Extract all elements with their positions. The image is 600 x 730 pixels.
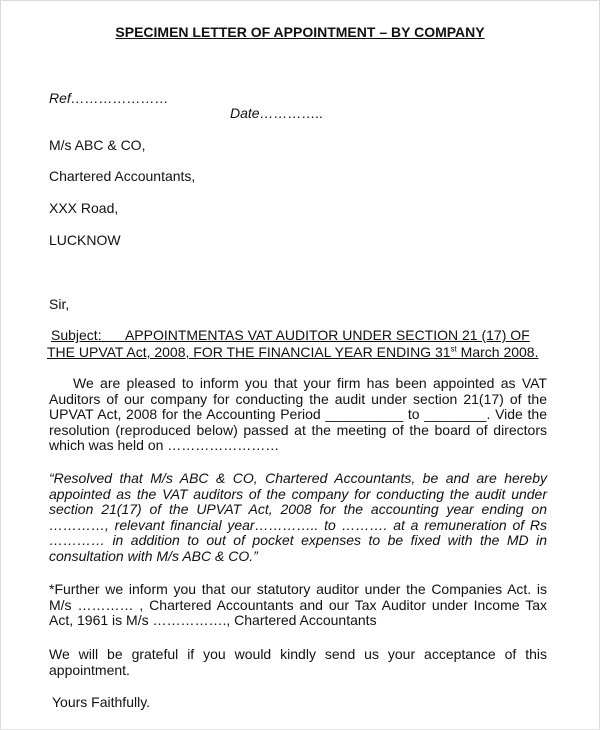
document-title: SPECIMEN LETTER OF APPOINTMENT – BY COMP… [1,24,599,40]
subject-label: Subject: [51,327,102,343]
paragraph-statutory-auditor: *Further we inform you that our statutor… [49,582,547,629]
date-field: Date………….. [230,105,323,121]
subject-line: Subject: APPOINTMENTAS VAT AUDITOR UNDER… [47,327,543,361]
address-line-city: LUCKNOW [49,232,121,248]
subject-text-line1: APPOINTMENTAS VAT AUDITOR UNDER SECTION … [125,327,530,343]
letter-page: SPECIMEN LETTER OF APPOINTMENT – BY COMP… [0,0,600,730]
address-line-company: M/s ABC & CO, [49,137,145,153]
reference-field: Ref………………… [49,90,169,106]
paragraph-acceptance: We will be grateful if you would kindly … [49,647,547,678]
paragraph-appointment: We are pleased to inform you that your f… [49,376,547,454]
salutation: Sir, [49,296,69,312]
subject-text-line2-end: March 2008. [457,344,539,360]
address-line-profession: Chartered Accountants, [49,168,195,184]
closing: Yours Faithfully. [52,694,150,710]
address-line-street: XXX Road, [49,200,118,216]
paragraph-resolution: “Resolved that M/s ABC & CO, Chartered A… [49,471,547,564]
subject-text-line2: THE UPVAT Act, 2008, FOR THE FINANCIAL Y… [47,344,451,360]
